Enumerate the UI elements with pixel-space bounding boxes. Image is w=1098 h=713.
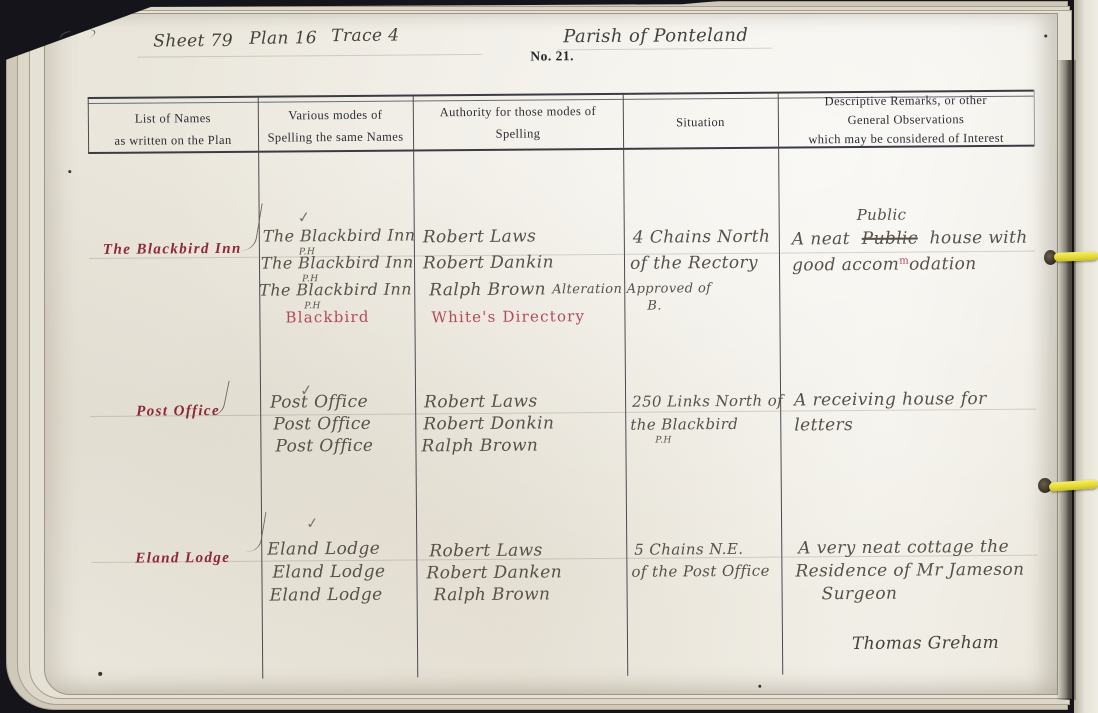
column-divider-4 [778,94,784,675]
alteration-annotation: Alteration Approved of [552,281,711,297]
guide-line [90,409,1036,417]
spelling-entry: Eland Lodge [267,539,380,560]
ph-abbreviation: P.H [655,435,672,445]
column-divider-1 [258,98,264,679]
authority-entry: Robert Laws [423,226,537,247]
speck [758,685,761,688]
column-header-names: List of Names as written on the Plan [88,107,258,152]
spelling-entry: Post Office [275,436,373,457]
situation-entry: 5 Chains N.E. [634,540,743,559]
page-number: No. 21. [530,48,574,64]
spelling-entry: The Blackbird Inn [259,279,412,299]
remark-text: house with [930,228,1028,249]
header-rule [137,54,482,58]
situation-entry: 4 Chains North [633,227,771,248]
authority-entry: Robert Danken [426,562,562,583]
header-rule [557,48,772,51]
revised-authority: White's Directory [431,307,585,326]
spelling-entry: Eland Lodge [270,585,383,606]
remark-text: odation [909,254,977,275]
column-header-spelling: Various modes of Spelling the same Names [258,103,413,148]
speck [98,672,102,676]
spelling-entry: Post Office [273,414,371,435]
column-header-line: Descriptive Remarks, or other [778,91,1034,112]
spelling-entry: The Blackbird Inn [261,252,414,272]
trace-number: Trace 4 [331,26,399,47]
spelling-entry: The Blackbird Inn [263,225,416,245]
column-divider-3 [623,95,629,676]
authority-entry: Robert Donkin [423,413,554,434]
remark-entry: Surgeon [822,584,898,605]
remark-text: A neat [792,229,850,249]
authority-entry: Ralph Brown [421,435,538,456]
alteration-annotation: B. [647,299,662,314]
speck [1044,34,1047,37]
document-content: Sheet 79 Plan 16 Trace 4 No. 21. Parish … [0,0,1098,713]
authority-entry: Robert Laws [424,391,538,412]
remark-entry: A neat Public house with [792,228,1028,250]
situation-entry: 250 Links North of [632,392,783,411]
column-divider-2 [413,96,419,677]
authority-entry: Ralph Brown [434,584,551,605]
remark-entry: letters [794,415,853,435]
entry-name: Post Office [136,403,220,421]
remark-text: good accom [792,255,899,276]
column-header-line: Various modes of [258,103,413,126]
struck-word: Public [862,228,918,248]
column-header-line: which may be considered of Interest [778,129,1034,150]
remark-entry: A receiving house for [794,389,987,411]
entry-name: The Blackbird Inn [103,241,242,259]
column-header-line: as written on the Plan [88,129,258,152]
column-header-line: Authority for those modes of [413,100,623,124]
authority-entry: Robert Laws [429,540,543,561]
situation-entry: of the Rectory [630,253,758,274]
authority-entry: Ralph Brown [429,279,546,300]
column-header-situation: Situation [623,111,778,134]
column-header-line: Situation [623,111,778,134]
pen-scribble [58,29,75,44]
spelling-entry: Post Office [270,392,368,413]
entry-name: Eland Lodge [135,550,230,568]
situation-entry: the Blackbird [630,415,738,434]
tick-mark-icon: ✓ [297,208,312,227]
remark-entry: good accommodation [792,254,977,275]
tick-mark-icon: ✓ [305,514,320,533]
column-header-line: Spelling [413,122,623,146]
column-header-authority: Authority for those modes of Spelling [413,100,623,146]
remark-entry: Residence of Mr Jameson [795,560,1024,582]
inserted-letter: m [899,256,909,267]
column-header-line: General Observations [778,110,1034,131]
authority-entry: Robert Dankin [423,252,554,273]
sheet-number: Sheet 79 [153,31,233,52]
plan-number: Plan 16 [249,28,317,49]
column-header-line: List of Names [88,107,258,130]
speck [68,170,71,173]
remark-entry: A very neat cottage the [798,537,1009,559]
flourish-mark-icon [246,510,267,554]
revised-spelling: Blackbird [285,308,369,327]
remark-insertion: Public [857,206,907,224]
column-header-remarks: Descriptive Remarks, or other General Ob… [778,91,1034,150]
examiner-signature: Thomas Greham [852,633,999,654]
situation-entry: of the Post Office [631,562,770,581]
column-header-line: Spelling the same Names [258,125,413,148]
parish-name: Parish of Ponteland [563,25,748,47]
pen-scribble [78,28,97,41]
spelling-entry: Eland Lodge [272,562,385,583]
